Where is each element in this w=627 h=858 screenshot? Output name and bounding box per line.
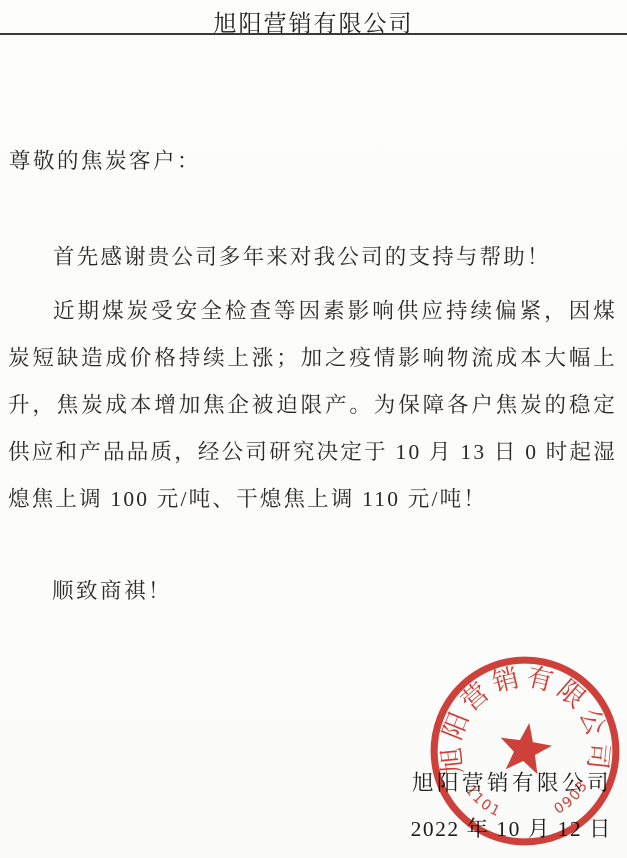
letter-body: 首先感谢贵公司多年来对我公司的支持与帮助！ 近期煤炭受安全检查等因素影响供应持续…: [8, 234, 617, 523]
paragraph-price-notice: 近期煤炭受安全检查等因素影响供应持续偏紧，因煤炭短缺造成价格持续上涨；加之疫情影…: [8, 288, 617, 523]
seal-arc-text: 旭阳营销有限公司: [436, 662, 614, 775]
svg-text:旭阳营销有限公司: 旭阳营销有限公司: [436, 662, 614, 775]
letterhead-divider: [0, 33, 627, 35]
letter-page: 旭阳营销有限公司 尊敬的焦炭客户： 首先感谢贵公司多年来对我公司的支持与帮助！ …: [0, 0, 627, 858]
salutation: 尊敬的焦炭客户：: [9, 144, 201, 175]
closing-phrase: 顺致商祺！: [52, 574, 172, 605]
paragraph-thanks: 首先感谢贵公司多年来对我公司的支持与帮助！: [8, 234, 617, 281]
signature-company-name: 旭阳营销有限公司: [412, 766, 612, 797]
letter-date: 2022 年 10 月 12 日: [411, 812, 612, 843]
